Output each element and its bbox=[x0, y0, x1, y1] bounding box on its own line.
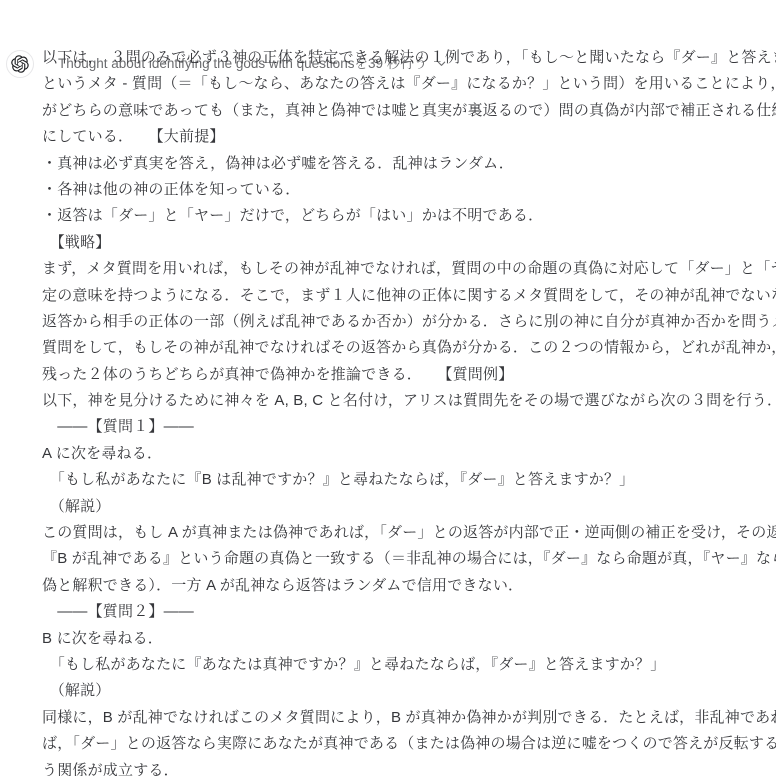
chat-conversation: Thought about identifying the gods with … bbox=[0, 0, 776, 776]
openai-logo-icon bbox=[11, 55, 29, 73]
message-line: にしている． 【大前提】 bbox=[42, 124, 774, 150]
message-line: ば，「ダー」との返答なら実際にあなたが真神である（または偽神の場合は逆に嘘をつく… bbox=[42, 731, 774, 757]
message-line: A に次を尋ねる． bbox=[42, 441, 774, 467]
message-line: 以下，神を見分けるために神々を A, B, C と名付け，アリスは質問先をその場… bbox=[42, 388, 774, 414]
message-line: ・真神は必ず真実を答え，偽神は必ず嘘を答える．乱神はランダム． bbox=[42, 151, 774, 177]
message-line: （解説） bbox=[42, 678, 774, 704]
message-line: （解説） bbox=[42, 494, 774, 520]
message-line: 返答から相手の正体の一部（例えば乱神であるか否か）が分かる．さらに別の神に自分が… bbox=[42, 309, 774, 335]
assistant-avatar bbox=[6, 50, 34, 78]
message-line: ——【質問１】—— bbox=[42, 414, 774, 440]
message-line: がどちらの意味であっても（また，真神と偽神では嘘と真実が裏返るので）問の真偽が内… bbox=[42, 98, 774, 124]
message-line: 「もし私があなたに『B は乱神ですか？』と尋ねたならば，『ダー』と答えますか？」 bbox=[42, 467, 774, 493]
message-line: 同様に，B が乱神でなければこのメタ質問により，B が真神か偽神かが判別できる．… bbox=[42, 705, 774, 731]
message-line: というメタ - 質問（＝「もし～なら、あなたの答えは『ダー』になるか？」という問… bbox=[42, 71, 774, 97]
message-line: 『B が乱神である』という命題の真偽と一致する（＝非乱神の場合には，『ダー』なら… bbox=[42, 546, 774, 572]
assistant-message: 以下は， ３問のみで必ず３神の正体を特定できる解法の１例であり，「もし～と聞いた… bbox=[42, 45, 774, 776]
message-line: ・返答は「ダー」と「ヤー」だけで，どちらが「はい」かは不明である． bbox=[42, 203, 774, 229]
message-line: 偽と解釈できる）．一方 A が乱神なら返答はランダムで信用できない． bbox=[42, 573, 774, 599]
message-line: ・各神は他の神の正体を知っている． bbox=[42, 177, 774, 203]
message-line: 定の意味を持つようになる．そこで，まず１人に他神の正体に関するメタ質問をして，そ… bbox=[42, 283, 774, 309]
message-line: B に次を尋ねる． bbox=[42, 626, 774, 652]
message-line: この質問は，もし A が真神または偽神であれば，「ダー」との返答が内部で正・逆両… bbox=[42, 520, 774, 546]
message-line: 以下は， ３問のみで必ず３神の正体を特定できる解法の１例であり，「もし～と聞いた… bbox=[42, 45, 774, 71]
message-line: う関係が成立する． bbox=[42, 758, 774, 776]
message-line: 質問をして，もしその神が乱神でなければその返答から真偽が分かる．この２つの情報か… bbox=[42, 335, 774, 361]
message-line: 「もし私があなたに『あなたは真神ですか？』と尋ねたならば，『ダー』と答えますか？… bbox=[42, 652, 774, 678]
message-line: ——【質問２】—— bbox=[42, 599, 774, 625]
message-line: 【戦略】 bbox=[42, 230, 774, 256]
message-line: 残った２体のうちどちらが真神で偽神かを推論できる． 【質問例】 bbox=[42, 362, 774, 388]
message-line: まず，メタ質問を用いれば，もしその神が乱神でなければ，質問の中の命題の真偽に対応… bbox=[42, 256, 774, 282]
